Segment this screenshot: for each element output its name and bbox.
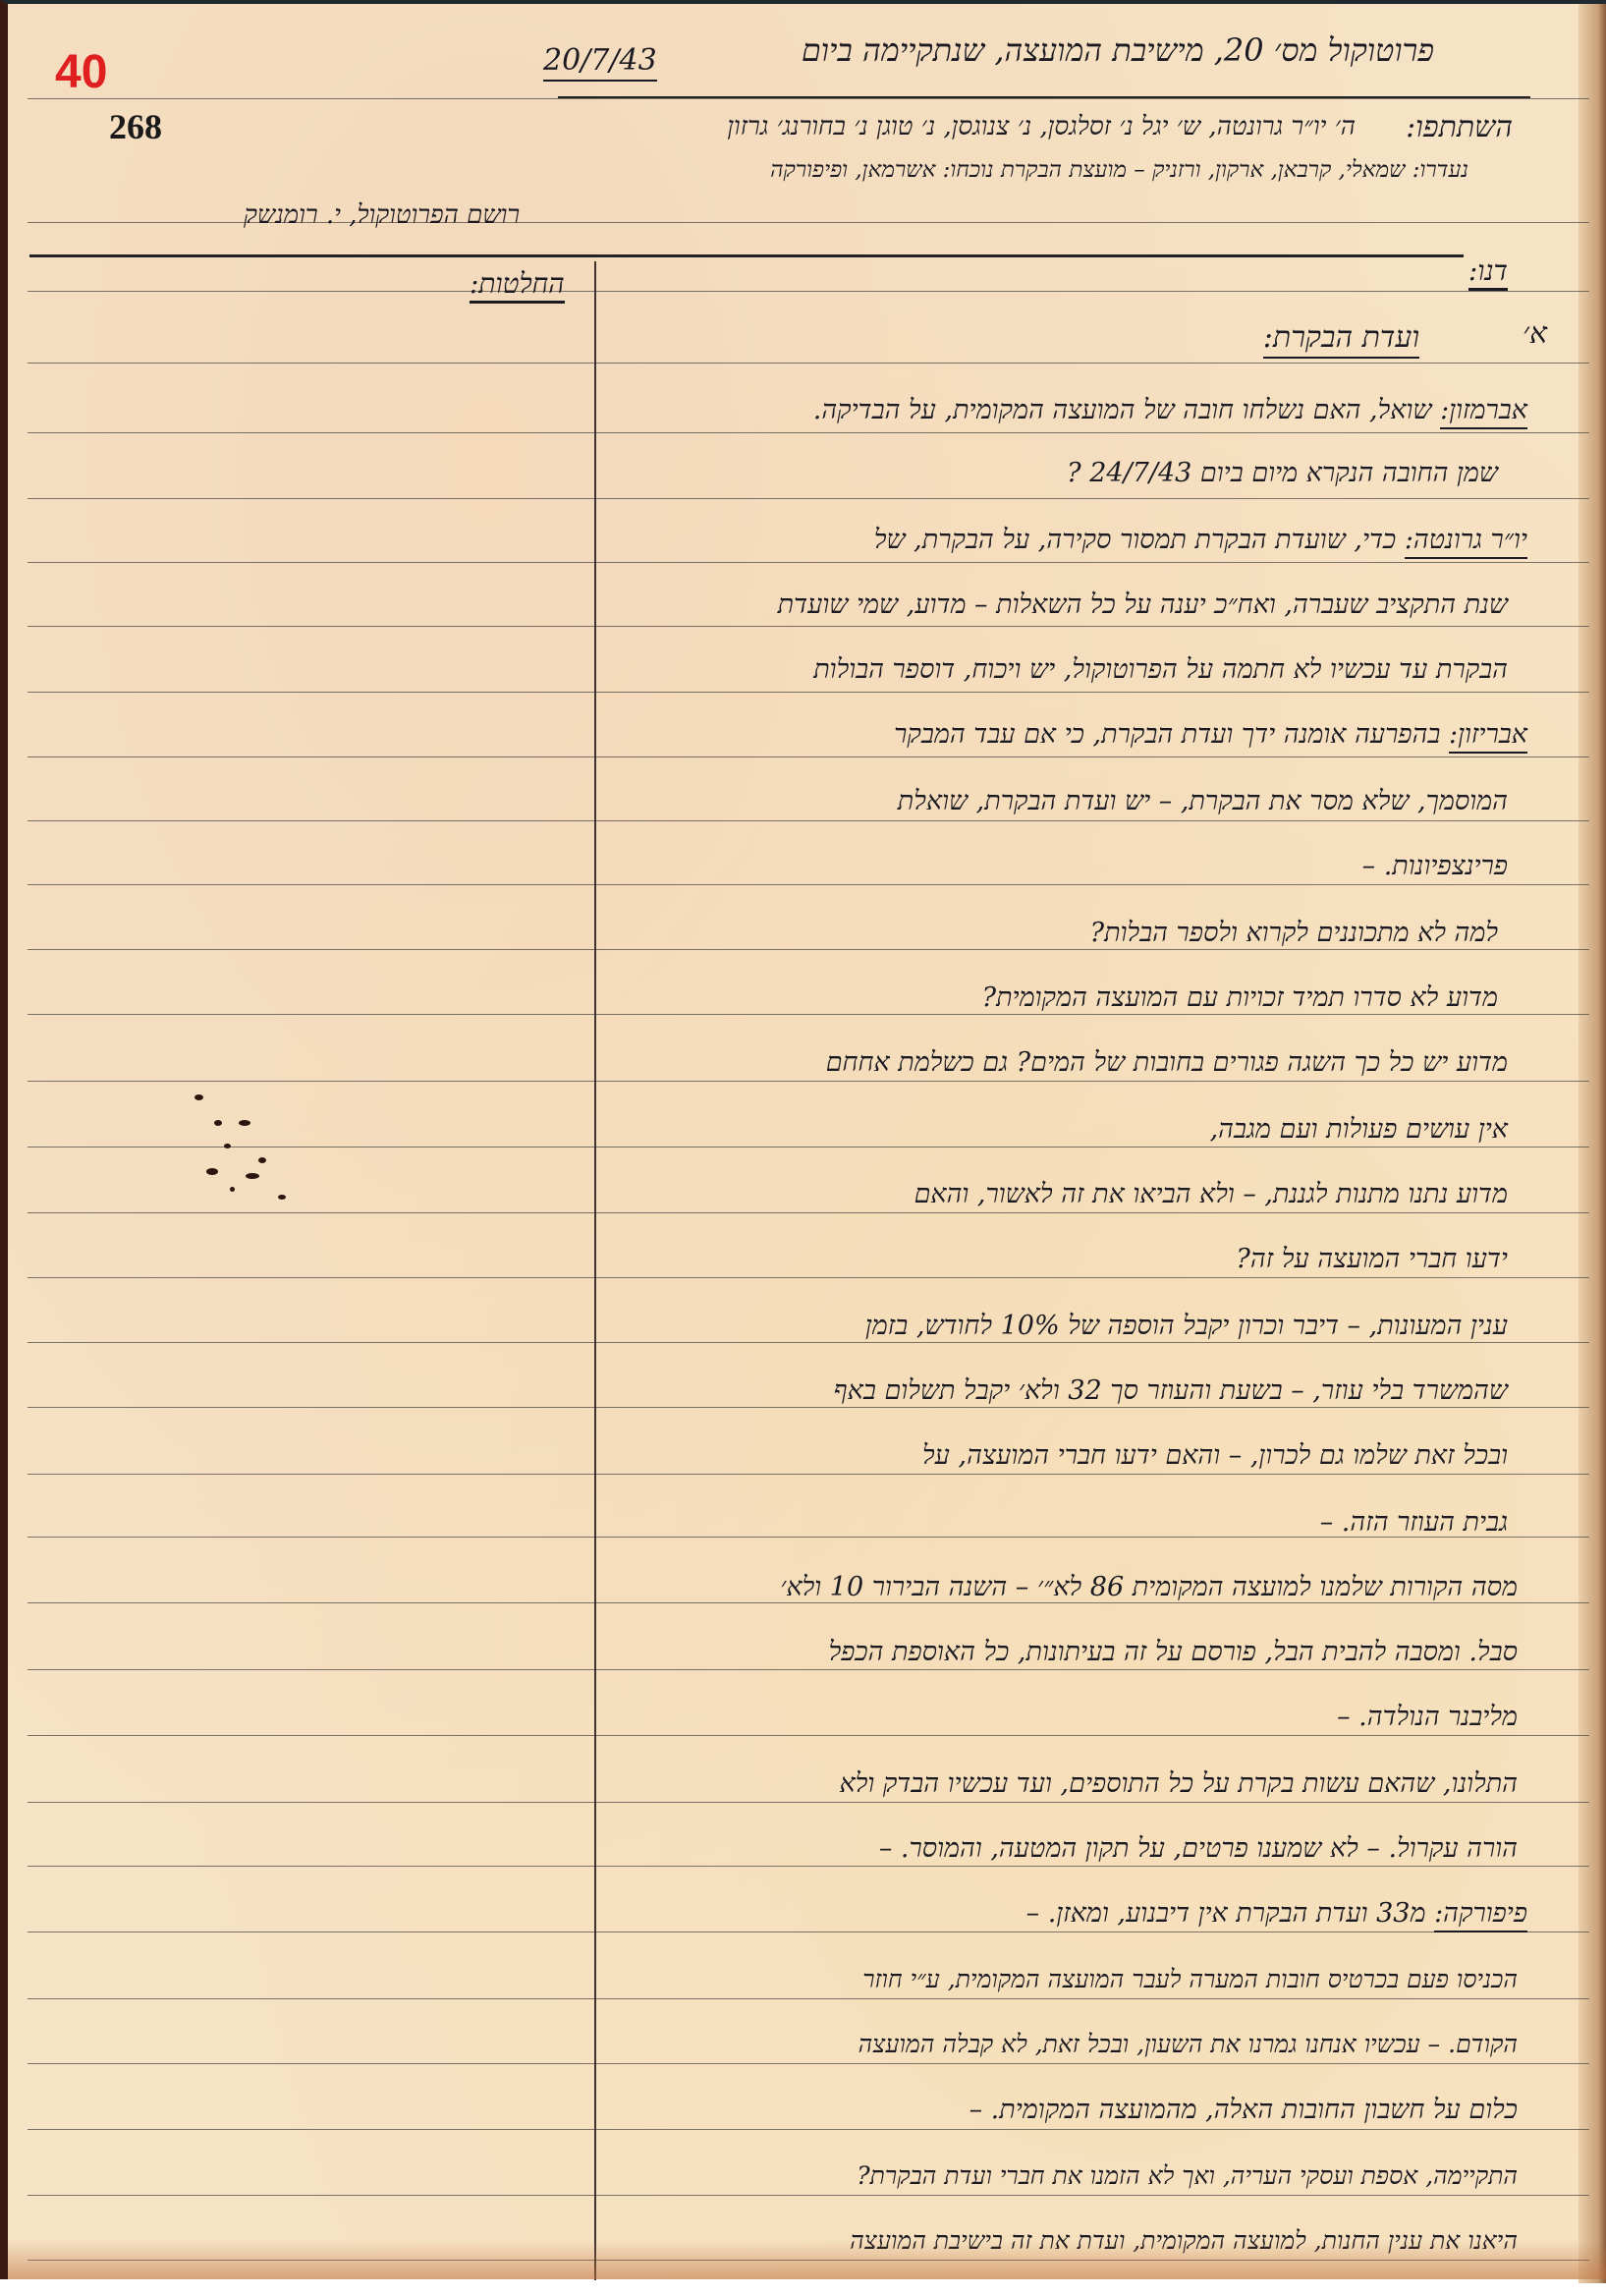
discussion-column-heading: דנו: xyxy=(1468,254,1508,291)
speaker-name: אברמזון: xyxy=(1440,395,1527,429)
discussion-line: שהמשרד בלי עוזר, – בשעת והעוזר סך 32 ולא… xyxy=(834,1375,1508,1406)
ruled-line xyxy=(28,884,1589,885)
discussion-line: שמן החובה הנקרא מיום ביום 24/7/43 ? xyxy=(1067,458,1498,488)
absent-list: נעדרו: שמאלי, קרבאן, ארקון, ורזניק – מוע… xyxy=(770,157,1468,183)
page-edge-shadow xyxy=(1578,4,1606,2283)
ruled-line xyxy=(28,2129,1589,2130)
ruled-line xyxy=(28,363,1589,364)
discussion-line: גבית העוזר הזה. – xyxy=(1320,1507,1508,1538)
discussion-line: שנת התקציב שעברה, ואח״כ יענה על כל השאלו… xyxy=(778,589,1508,620)
discussion-line: מסה הקורות שלמנו למועצה המקומית 86 לא״׳ … xyxy=(780,1572,1518,1602)
archive-number: 268 xyxy=(109,106,162,147)
column-divider xyxy=(594,261,596,2280)
discussion-line: ענין המעונות, – דיבר וכרון יקבל הוספה של… xyxy=(865,1311,1508,1341)
ruled-line xyxy=(28,1866,1589,1867)
ruled-line xyxy=(28,1081,1589,1082)
speaker-name: פיפורקה: xyxy=(1434,1898,1527,1932)
decisions-column-heading: החלטות: xyxy=(470,267,565,304)
discussion-line: ובכל זאת שלמו גם לכרון, – והאם ידעו חברי… xyxy=(922,1440,1508,1471)
ruled-line xyxy=(28,432,1589,433)
present-list: ה׳ יו״ר גרונטה, ש׳ יגל נ׳ זסלגסן, נ׳ צנו… xyxy=(727,112,1356,141)
ruled-line xyxy=(28,291,1589,292)
ruled-line xyxy=(28,2195,1589,2196)
protocol-title: פרוטוקול מס׳ 20, מישיבת המועצה, שנתקיימה… xyxy=(802,31,1434,69)
present-label: השתתפו: xyxy=(1406,110,1513,144)
discussion-line: ידעו חברי המועצה על זה? xyxy=(1236,1244,1508,1274)
ruled-line xyxy=(28,1474,1589,1475)
scanned-page: 40 268 פרוטוקול מס׳ 20, מישיבת המועצה, ש… xyxy=(0,0,1606,2279)
ruled-line xyxy=(28,1669,1589,1670)
ruled-line xyxy=(28,820,1589,821)
discussion-line: פיפורקה: מ33 ועדת הבקרת אין דיבנוע, ומאז… xyxy=(1026,1898,1527,1929)
discussion-line: התקיימה, אספת ועסקי העריה, ואך לא הזמנו … xyxy=(857,2161,1518,2191)
discussion-line: סבל. ומסבה להבית הבל, פורסם על זה בעיתונ… xyxy=(829,1637,1518,1667)
recorder: רושם הפרוטוקול, י. רומנשק xyxy=(244,200,520,230)
ruled-line xyxy=(28,1277,1589,1278)
discussion-line: למה לא מתכוננים לקרוא ולספר הבלות? xyxy=(1090,918,1498,948)
discussion-line: הכניסו פעם בכרטיס חובות המערה לעבר המועצ… xyxy=(862,1965,1518,1994)
ruled-line xyxy=(28,1342,1589,1343)
discussion-line: התלונו, שהאם עשות בקרת על כל התוספים, וע… xyxy=(840,1768,1518,1799)
ink-stain xyxy=(185,1085,322,1212)
ruled-line xyxy=(28,498,1589,499)
discussion-line: כלום על חשבון החובות האלה, מהמועצה המקומ… xyxy=(969,2095,1518,2125)
ruled-line xyxy=(28,1735,1589,1736)
discussion-line: מליבנר הנולדה. – xyxy=(1337,1702,1518,1732)
discussion-line: מדוע נתנו מתנות לגננת, – ולא הביאו את זה… xyxy=(914,1179,1508,1209)
discussion-line: הקודם. – עכשיו אנחנו גמרנו את השעון, ובכ… xyxy=(858,2030,1518,2059)
page-number: 40 xyxy=(55,45,107,99)
discussion-line: מדוע יש כל כך השגה פגורים בחובות של המים… xyxy=(826,1047,1508,1078)
ruled-line xyxy=(28,626,1589,627)
discussion-line: הורה עקרול. – לא שמענו פרטים, על תקון המ… xyxy=(879,1833,1518,1864)
ruled-line xyxy=(28,2260,1589,2261)
ruled-line xyxy=(28,98,1589,99)
discussion-line: אין עושים פעולות ועם מגבה, xyxy=(1210,1114,1508,1145)
ruled-line xyxy=(28,2063,1589,2064)
ruled-line xyxy=(28,1014,1589,1015)
discussion-line: המוסמך, שלא מסר את הבקרת, – יש ועדת הבקר… xyxy=(898,786,1508,816)
ruled-line xyxy=(28,756,1589,757)
discussion-line: הבקרת עד עכשיו לא חתמה על הפרוטוקול, יש … xyxy=(813,654,1508,685)
agenda-item-title: ועדת הבקרת: xyxy=(1263,320,1419,359)
header-divider xyxy=(29,254,1464,257)
discussion-line: היאנו את ענין החנות, למועצה המקומית, ועד… xyxy=(850,2226,1518,2256)
title-underline xyxy=(558,96,1530,98)
discussion-line: אברמזון: שואל, האם נשלחו חובה של המועצה … xyxy=(813,395,1527,425)
discussion-line: יו״ר גרונטה: כדי, שועדת הבקרת תמסור סקיר… xyxy=(874,525,1527,555)
ruled-line xyxy=(28,1932,1589,1932)
ruled-line xyxy=(28,1802,1589,1803)
ruled-line xyxy=(28,1212,1589,1213)
speaker-name: אבריזון: xyxy=(1449,719,1527,754)
discussion-line: פרינצפיונות. – xyxy=(1362,851,1508,881)
discussion-line: אבריזון: בהפרעה אומנה ידך ועדת הבקרת, כי… xyxy=(894,719,1527,750)
ruled-line xyxy=(28,562,1589,563)
ruled-line xyxy=(28,949,1589,950)
ruled-line xyxy=(28,1602,1589,1603)
discussion-line: מדוע לא סדרו תמיד זכויות עם המועצה המקומ… xyxy=(982,982,1498,1013)
ruled-line xyxy=(28,692,1589,693)
ruled-line xyxy=(28,1407,1589,1408)
meeting-date: 20/7/43 xyxy=(543,43,657,82)
speaker-name: יו״ר גרונטה: xyxy=(1405,525,1527,559)
ruled-line xyxy=(28,1998,1589,1999)
agenda-item-number: א׳ xyxy=(1523,316,1547,351)
